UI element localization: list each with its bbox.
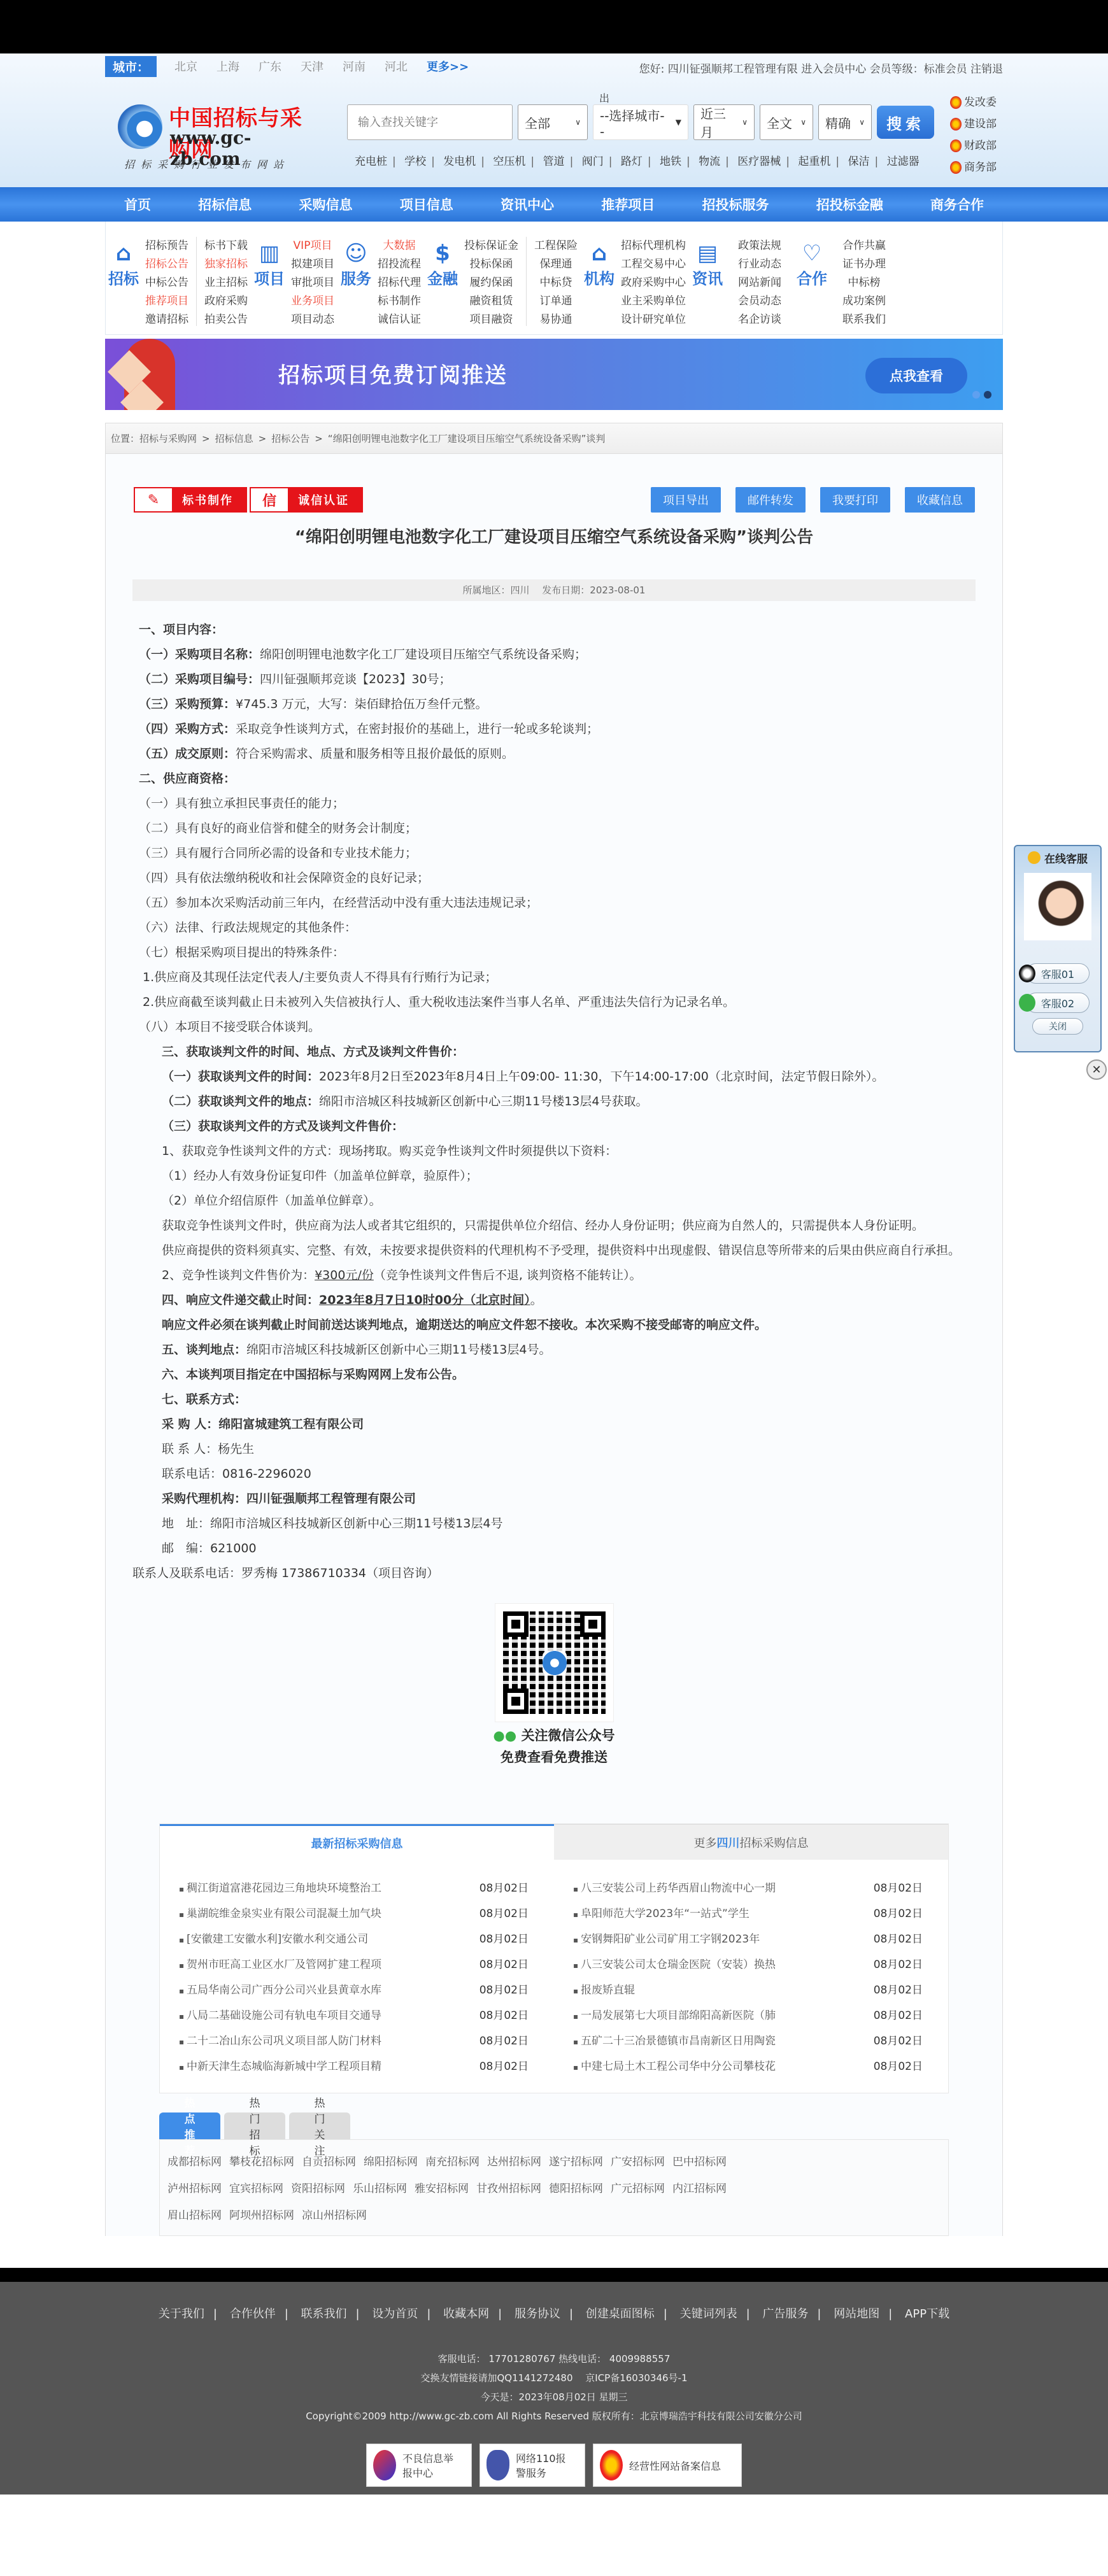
footer-links: 关于我们| 合作伙伴| 联系我们| 设为首页| 收藏本网| 服务协议| 创建桌面… xyxy=(0,2305,1108,2321)
list-item[interactable]: 五矿二十三冶景德镇市昌南新区日用陶瓷08月02日 xyxy=(573,2029,929,2055)
agent-photo xyxy=(1024,873,1091,940)
site-logo[interactable]: 中国招标与采购网 www.gc-zb.com 招标采购行业发布网站 xyxy=(118,98,309,174)
menu-item[interactable]: 拍卖公告 xyxy=(204,311,248,329)
section-heading: 一、项目内容： xyxy=(139,623,224,637)
city-link-tianjin[interactable]: 天津 xyxy=(301,58,323,74)
menu-item[interactable]: 独家招标 xyxy=(204,255,248,274)
national-emblem-icon xyxy=(950,96,962,109)
city-value: --选择城市-- xyxy=(600,106,669,139)
menu-item[interactable]: 易协通 xyxy=(534,311,578,329)
menu-item[interactable]: 拟建项目 xyxy=(291,255,334,274)
mega-group-jinrong: $金融 投标保证金 投标保函 履约保函 融资租赁 项目融资 工程保险 保理通 中… xyxy=(425,237,581,334)
hotword-link[interactable]: 阀门 xyxy=(582,155,604,168)
menu-item[interactable]: 业主招标 xyxy=(204,274,248,292)
menu-item[interactable]: 项目融资 xyxy=(464,311,518,329)
hot-link[interactable]: 雅安招标网 xyxy=(415,2183,469,2195)
hotword-link[interactable]: 过滤器 xyxy=(887,155,920,168)
online-service-widget: 在线客服 客服01 客服02 关闭 xyxy=(1014,845,1102,1052)
hotword-link[interactable]: 起重机 xyxy=(798,155,830,168)
menu-item[interactable]: 投标保函 xyxy=(464,255,518,274)
hot-link[interactable]: 遂宁招标网 xyxy=(549,2156,603,2169)
menu-item[interactable]: 政府采购中心 xyxy=(621,274,686,292)
related-lists: 最新招标采购信息 更多四川招标采购信息 稠江街道富港花园边三角地块环境整治工08… xyxy=(159,1823,949,2093)
gov-link-jsb[interactable]: 建设部 xyxy=(950,113,997,135)
hot-link[interactable]: 乐山招标网 xyxy=(353,2183,407,2195)
list-item[interactable]: 巢湖皖维金泉实业有限公司混凝土加气块08月02日 xyxy=(179,1902,535,1927)
chevron-down-icon: ∨ xyxy=(859,118,865,127)
nav-recommended[interactable]: 推荐项目 xyxy=(601,195,655,214)
menu-item[interactable]: 会员动态 xyxy=(738,292,781,311)
menu-item[interactable]: 订单通 xyxy=(534,292,578,311)
city-link-shanghai[interactable]: 上海 xyxy=(217,58,239,74)
service-01-button[interactable]: 客服01 xyxy=(1026,963,1090,984)
national-emblem-icon xyxy=(950,139,962,152)
menu-item[interactable]: 招标公告 xyxy=(145,255,188,274)
search-input[interactable] xyxy=(347,104,513,140)
qr-code-image xyxy=(495,1604,613,1722)
footer-link[interactable]: 服务协议 xyxy=(515,2307,560,2321)
menu-item[interactable]: 业主采购单位 xyxy=(621,292,686,311)
footer-link[interactable]: 设为首页 xyxy=(372,2307,418,2321)
menu-item[interactable]: 项目动态 xyxy=(291,311,334,329)
menu-item[interactable]: 邀请招标 xyxy=(145,311,188,329)
nav-purchase-info[interactable]: 采购信息 xyxy=(299,195,353,214)
hot-links-section: 热点推荐 热门招标 热门关注 成都招标网攀枝花招标网自贡招标网绵阳招标网南充招标… xyxy=(159,2112,949,2236)
footer-link[interactable]: 关键词列表 xyxy=(680,2307,737,2321)
action-bar: ✎标书制作 信诚信认证 项目导出 邮件转发 我要打印 收藏信息 xyxy=(106,454,1002,518)
divider xyxy=(526,237,527,326)
xin-seal-icon: 信 xyxy=(251,488,288,511)
list-item[interactable]: 报废矫直辊08月02日 xyxy=(573,1978,929,2004)
list-item[interactable]: 稠江街道富港花园边三角地块环境整治工08月02日 xyxy=(179,1876,535,1902)
list-item[interactable]: 八三安装公司上药华西眉山物流中心一期08月02日 xyxy=(573,1876,929,1902)
footer-link[interactable]: 创建桌面图标 xyxy=(586,2307,655,2321)
report-center-seal[interactable]: 不良信息举报中心 xyxy=(366,2444,472,2487)
export-project-button[interactable]: 项目导出 xyxy=(651,487,721,513)
tag-icon: ⌂招标 xyxy=(106,237,141,288)
city-select-hint: 出 xyxy=(599,90,609,105)
service-logo-icon xyxy=(1028,851,1041,864)
footer-link[interactable]: 合作伙伴 xyxy=(230,2307,276,2321)
city-link-hebei[interactable]: 河北 xyxy=(385,58,408,74)
footer-link[interactable]: 关于我们 xyxy=(159,2307,204,2321)
hot-link[interactable]: 凉山州招标网 xyxy=(302,2209,367,2222)
wechat-icon xyxy=(1019,994,1035,1012)
qr-caption: 关注微信公众号 xyxy=(521,1728,614,1743)
search-button[interactable]: 搜索 xyxy=(877,106,934,139)
menu-item[interactable]: 设计研究单位 xyxy=(621,311,686,329)
qq-penguin-icon xyxy=(1019,965,1035,982)
footer-link[interactable]: 收藏本网 xyxy=(443,2307,489,2321)
gov-link-label: 建设部 xyxy=(964,118,997,131)
breadcrumb: 位置： 招标与采购网> 招标信息> 招标公告> “绵阳创明锂电池数字化工厂建设项… xyxy=(106,423,1002,454)
menu-item[interactable]: 名企访谈 xyxy=(738,311,781,329)
list-item[interactable]: 阜阳师范大学2023年“一站式”学生08月02日 xyxy=(573,1902,929,1927)
menu-item[interactable]: 推荐项目 xyxy=(145,292,188,311)
hotword-link[interactable]: 地铁 xyxy=(660,155,681,168)
footer-info: 客服电话： 17701280767 热线电话： 4009988557 交换友情链… xyxy=(0,2349,1108,2426)
nav-project-info[interactable]: 项目信息 xyxy=(400,195,453,214)
list-item[interactable]: 八三安装公司太仓瑞金医院（安装）换热08月02日 xyxy=(573,1953,929,1978)
hotword-link[interactable]: 保洁 xyxy=(848,155,870,168)
house-icon: ⌂机构 xyxy=(581,237,617,288)
divider xyxy=(196,237,197,326)
hotword-link[interactable]: 管道 xyxy=(543,155,565,168)
hot-link[interactable]: 甘孜州招标网 xyxy=(476,2183,541,2195)
footer-link[interactable]: 广告服务 xyxy=(762,2307,808,2321)
service-title: 在线客服 xyxy=(1044,850,1088,866)
article-meta: 所属地区：四川 发布日期：2023-08-01 xyxy=(132,579,976,601)
hot-link[interactable]: 资阳招标网 xyxy=(291,2183,345,2195)
mega-menu: ⌂招标 招标预告 招标公告 中标公告 推荐项目 邀请招标 标书下载 独家招标 业… xyxy=(105,222,1003,335)
gov-link-swb[interactable]: 商务部 xyxy=(950,157,997,178)
list-item[interactable]: 中建七局土木工程公司华中分公司攀枝花08月02日 xyxy=(573,2055,929,2080)
qr-logo-icon xyxy=(543,1651,567,1675)
menu-item[interactable]: 保理通 xyxy=(534,255,578,274)
category-value: 全部 xyxy=(525,113,550,132)
latest-list: 稠江街道富港花园边三角地块环境整治工08月02日 巢湖皖维金泉实业有限公司混凝土… xyxy=(160,1876,554,2080)
menu-item[interactable]: 网站新闻 xyxy=(738,274,781,292)
tab-latest[interactable]: 最新招标采购信息 xyxy=(160,1824,554,1860)
article-body: 一、项目内容： （一）采购项目名称：绵阳创明锂电池数字化工厂建设项目压缩空气系统… xyxy=(106,601,1002,1586)
breadcrumb-link[interactable]: 招标与采购网 xyxy=(139,432,197,445)
gov-link-label: 发改委 xyxy=(964,96,997,109)
hot-link[interactable]: 眉山招标网 xyxy=(167,2209,222,2222)
menu-item[interactable]: 诚信认证 xyxy=(378,311,421,329)
wechat-qr-section: ●● 关注微信公众号 免费查看免费推送 xyxy=(106,1604,1002,1766)
footer-phones: 客服电话： 17701280767 热线电话： 4009988557 xyxy=(0,2349,1108,2368)
mega-group-xiangmu: ▥项目 VIP项目 拟建项目 审批项目 业务项目 项目动态 xyxy=(252,237,338,334)
carousel-dots xyxy=(972,391,991,399)
credit-cert-badge[interactable]: 信诚信认证 xyxy=(250,487,363,513)
menu-item[interactable]: 履约保函 xyxy=(464,274,518,292)
bid-writing-badge[interactable]: ✎标书制作 xyxy=(134,487,247,513)
user-welcome[interactable]: 您好: 四川钲强顺邦工程管理有限 进入会员中心 会员等级：标准会员 注销退 xyxy=(639,60,1003,76)
match-select[interactable]: 精确∨ xyxy=(818,104,872,140)
menu-item[interactable]: 合作共赢 xyxy=(842,237,886,255)
tab-hot-recommend[interactable]: 热点推荐 xyxy=(159,2112,220,2139)
red-shield-icon xyxy=(600,2450,623,2480)
chevron-down-icon: ∨ xyxy=(575,118,581,127)
breadcrumb-link[interactable]: 招标信息 xyxy=(215,432,253,445)
menu-item[interactable]: 大数据 xyxy=(378,237,421,255)
hot-link[interactable]: 宜宾招标网 xyxy=(229,2183,283,2195)
menu-item[interactable]: 政策法规 xyxy=(738,237,781,255)
hot-link[interactable]: 泸州招标网 xyxy=(167,2183,222,2195)
police-110-seal[interactable]: 网络110报警服务 xyxy=(479,2444,585,2487)
hotword-link[interactable]: 空压机 xyxy=(493,155,525,168)
gov-link-label: 财政部 xyxy=(964,139,997,152)
chevron-down-icon: ∨ xyxy=(800,118,806,127)
hot-link[interactable]: 绵阳招标网 xyxy=(364,2156,418,2169)
search-bar: 全部∨ 出 --选择城市--▼ 近三月∨ 全文∨ 精确∨ 搜索 xyxy=(347,104,934,140)
gov-link-czb[interactable]: 财政部 xyxy=(950,135,997,157)
carousel-dot-active[interactable] xyxy=(984,391,991,399)
badge-label: 标书制作 xyxy=(182,492,246,508)
city-link-guangdong[interactable]: 广东 xyxy=(259,58,281,74)
subscribe-banner[interactable]: 招标项目免费订阅推送 点我查看 xyxy=(105,339,1003,410)
menu-item[interactable]: 工程保险 xyxy=(534,237,578,255)
city-link-beijing[interactable]: 北京 xyxy=(174,58,197,74)
hot-link[interactable]: 阿坝州招标网 xyxy=(229,2209,294,2222)
hotword-link[interactable]: 学校 xyxy=(404,155,426,168)
icp-record-seal[interactable]: 经营性网站备案信息 xyxy=(593,2444,742,2487)
city-select[interactable]: --选择城市--▼ xyxy=(593,104,688,140)
menu-item[interactable]: 招投流程 xyxy=(378,255,421,274)
people-icon: ☺服务 xyxy=(338,237,374,288)
site-footer: 关于我们| 合作伙伴| 联系我们| 设为首页| 收藏本网| 服务协议| 创建桌面… xyxy=(0,2282,1108,2495)
city-more-link[interactable]: 更多>> xyxy=(427,58,469,74)
trust-seals: 不良信息举报中心 网络110报警服务 经营性网站备案信息 xyxy=(0,2444,1108,2487)
menu-item[interactable]: VIP项目 xyxy=(291,237,334,255)
nav-bid-finance[interactable]: 招投标金融 xyxy=(816,195,883,214)
article-title: “绵阳创明锂电池数字化工厂建设项目压缩空气系统设备采购”谈判公告 xyxy=(106,518,1002,579)
nav-home[interactable]: 首页 xyxy=(124,195,151,214)
gov-link-label: 商务部 xyxy=(964,161,997,174)
menu-item[interactable]: 审批项目 xyxy=(291,274,334,292)
menu-item[interactable]: 融资租赁 xyxy=(464,292,518,311)
gov-link-fgw[interactable]: 发改委 xyxy=(950,92,997,113)
footer-link[interactable]: APP下载 xyxy=(905,2307,949,2321)
hotword-link[interactable]: 充电桩 xyxy=(355,155,387,168)
hot-link[interactable]: 广安招标网 xyxy=(611,2156,665,2169)
logo-swirl-icon xyxy=(118,104,162,149)
menu-item[interactable]: 中标贷 xyxy=(534,274,578,292)
list-item[interactable]: 一局发展第七大项目部绵阳高新医院（肺08月02日 xyxy=(573,2004,929,2029)
site-header: 城市： 北京 上海 广东 天津 河南 河北 更多>> 您好: 四川钲强顺邦工程管… xyxy=(0,53,1108,187)
menu-item[interactable]: 中标公告 xyxy=(145,274,188,292)
email-forward-button[interactable]: 邮件转发 xyxy=(735,487,806,513)
list-item[interactable]: [安徽建工安徽水利]安徽水利交通公司08月02日 xyxy=(179,1927,535,1953)
mega-group-jigou: ⌂机构 招标代理机构 工程交易中心 政府采购中心 业主采购单位 设计研究单位 xyxy=(581,237,690,334)
list-item[interactable]: 二十二冶山东公司巩义项目部人防门材料08月02日 xyxy=(179,2029,535,2055)
menu-item[interactable]: 招标代理 xyxy=(378,274,421,292)
hot-link[interactable]: 德阳招标网 xyxy=(549,2183,603,2195)
breadcrumb-link[interactable]: 招标公告 xyxy=(271,432,309,445)
main-nav: 首页 招标信息 采购信息 项目信息 资讯中心 推荐项目 招投标服务 招投标金融 … xyxy=(0,187,1108,222)
mega-group-fuwu: ☺服务 大数据 招投流程 招标代理 标书制作 诚信认证 xyxy=(338,237,425,334)
footer-copyright: Copyright©2009 http://www.gc-zb.com All … xyxy=(0,2407,1108,2426)
footer-date: 今天是：2023年08月02日 星期三 xyxy=(0,2388,1108,2407)
close-icon[interactable]: ✕ xyxy=(1086,1059,1107,1080)
list-item[interactable]: 中新天津生态城临海新城中学工程项目精08月02日 xyxy=(179,2055,535,2080)
footer-link[interactable]: 网站地图 xyxy=(834,2307,879,2321)
city-link-henan[interactable]: 河南 xyxy=(343,58,366,74)
scope-select[interactable]: 全文∨ xyxy=(760,104,813,140)
mega-group-hezuo: ♡合作 合作共赢 证书办理 中标榜 成功案例 联系我们 xyxy=(794,237,890,334)
wechat-icon: ●● xyxy=(494,1728,517,1743)
hot-link[interactable]: 达州招标网 xyxy=(487,2156,541,2169)
hot-link[interactable]: 成都招标网 xyxy=(167,2156,222,2169)
menu-item[interactable]: 工程交易中心 xyxy=(621,255,686,274)
list-item[interactable]: 贺州市旺高工业区水厂及管网扩建工程项08月02日 xyxy=(179,1953,535,1978)
menu-item[interactable]: 标书制作 xyxy=(378,292,421,311)
list-item[interactable]: 安钢舞阳矿业公司矿用工字钢2023年08月02日 xyxy=(573,1927,929,1953)
hot-link[interactable]: 自贡招标网 xyxy=(302,2156,356,2169)
service-02-button[interactable]: 客服02 xyxy=(1026,993,1090,1013)
browser-top-bar xyxy=(0,0,1108,53)
menu-item[interactable]: 招标预告 xyxy=(145,237,188,255)
match-value: 精确 xyxy=(825,113,851,132)
service-close-button[interactable]: 关闭 xyxy=(1032,1018,1083,1035)
time-range-select[interactable]: 近三月∨ xyxy=(693,104,755,140)
city-label: 城市： xyxy=(105,56,157,77)
book-icon: ▥项目 xyxy=(252,237,287,288)
national-emblem-icon xyxy=(950,161,962,174)
logo-slogan: 招标采购行业发布网站 xyxy=(124,157,290,171)
sichuan-list: 八三安装公司上药华西眉山物流中心一期08月02日 阜阳师范大学2023年“一站式… xyxy=(554,1876,948,2080)
section-heading: 二、供应商资格： xyxy=(139,772,236,786)
hot-link[interactable]: 广元招标网 xyxy=(611,2183,665,2195)
menu-item[interactable]: 证书办理 xyxy=(842,255,886,274)
section-heading: 三、获取谈判文件的时间、地点、方式及谈判文件售价： xyxy=(162,1045,464,1059)
footer-link[interactable]: 联系我们 xyxy=(301,2307,347,2321)
police-badge-icon xyxy=(487,2450,509,2480)
menu-item[interactable]: 行业动态 xyxy=(738,255,781,274)
scope-value: 全文 xyxy=(767,113,792,132)
menu-item[interactable]: 投标保证金 xyxy=(464,237,518,255)
nav-bidding-info[interactable]: 招标信息 xyxy=(198,195,252,214)
hotword-link[interactable]: 物流 xyxy=(699,155,720,168)
nav-news-center[interactable]: 资讯中心 xyxy=(501,195,554,214)
national-emblem-icon xyxy=(950,118,962,131)
hotword-link[interactable]: 发电机 xyxy=(443,155,476,168)
handshake-heart-icon: ♡合作 xyxy=(794,237,830,288)
list-item[interactable]: 八局二基础设施公司有轨电车项目交通导08月02日 xyxy=(179,2004,535,2029)
hotword-link[interactable]: 医疗器械 xyxy=(737,155,781,168)
breadcrumb-current: “绵阳创明锂电池数字化工厂建设项目压缩空气系统设备采购”谈判 xyxy=(328,432,606,445)
report-center-icon xyxy=(373,2450,396,2480)
range-value: 近三月 xyxy=(700,104,735,141)
open-book-pen-icon: ✎ xyxy=(135,488,172,511)
nav-bid-service[interactable]: 招投标服务 xyxy=(702,195,769,214)
category-select[interactable]: 全部∨ xyxy=(518,104,588,140)
footer-icp: 交换友情链接请加QQ1141272480 京ICP备16030346号-1 xyxy=(0,2368,1108,2388)
banner-view-button[interactable]: 点我查看 xyxy=(865,358,967,393)
tab-more-sichuan[interactable]: 更多四川招标采购信息 xyxy=(554,1824,948,1860)
print-button[interactable]: 我要打印 xyxy=(820,487,890,513)
hot-keywords: 充电桩| 学校| 发电机| 空压机| 管道| 阀门| 路灯| 地铁| 物流| 医… xyxy=(355,152,920,168)
article-container: 位置： 招标与采购网> 招标信息> 招标公告> “绵阳创明锂电池数字化工厂建设项… xyxy=(105,423,1003,2236)
list-item[interactable]: 五局华南公司广西分公司兴业县黄章水库08月02日 xyxy=(179,1978,535,2004)
gov-links: 发改委 建设部 财政部 商务部 xyxy=(950,92,997,178)
menu-item[interactable]: 招标代理机构 xyxy=(621,237,686,255)
separator-bar xyxy=(0,2268,1108,2282)
menu-item[interactable]: 政府采购 xyxy=(204,292,248,311)
menu-item[interactable]: 成功案例 xyxy=(842,292,886,311)
tab-hot-bidding[interactable]: 热门招标 xyxy=(224,2112,285,2139)
badge-label: 诚信认证 xyxy=(298,492,362,508)
chevron-down-icon: ∨ xyxy=(742,118,748,127)
menu-item[interactable]: 业务项目 xyxy=(291,292,334,311)
hotword-link[interactable]: 路灯 xyxy=(621,155,643,168)
dollar-coin-icon: $金融 xyxy=(425,237,460,288)
hot-link[interactable]: 内江招标网 xyxy=(672,2183,727,2195)
menu-item[interactable]: 联系我们 xyxy=(842,311,886,329)
mega-group-zixun: ▤资讯 政策法规 行业动态 网站新闻 会员动态 名企访谈 xyxy=(690,237,794,334)
banner-text: 招标项目免费订阅推送 xyxy=(278,358,508,389)
menu-item[interactable]: 中标榜 xyxy=(842,274,886,292)
carousel-dot[interactable] xyxy=(972,391,980,399)
favorite-button[interactable]: 收藏信息 xyxy=(905,487,975,513)
hot-link[interactable]: 攀枝花招标网 xyxy=(229,2156,294,2169)
breadcrumb-label: 位置： xyxy=(111,432,139,445)
nav-cooperation[interactable]: 商务合作 xyxy=(930,195,984,214)
qr-subcaption: 免费查看免费推送 xyxy=(106,1747,1002,1766)
tab-hot-focus[interactable]: 热门关注 xyxy=(289,2112,350,2139)
menu-item[interactable]: 标书下载 xyxy=(204,237,248,255)
hot-link[interactable]: 南充招标网 xyxy=(425,2156,479,2169)
document-icon: ▤资讯 xyxy=(690,237,725,288)
hot-link[interactable]: 巴中招标网 xyxy=(672,2156,727,2169)
mega-group-zhaobiao: ⌂招标 招标预告 招标公告 中标公告 推荐项目 邀请招标 标书下载 独家招标 业… xyxy=(106,237,252,334)
caret-down-icon: ▼ xyxy=(676,118,681,127)
